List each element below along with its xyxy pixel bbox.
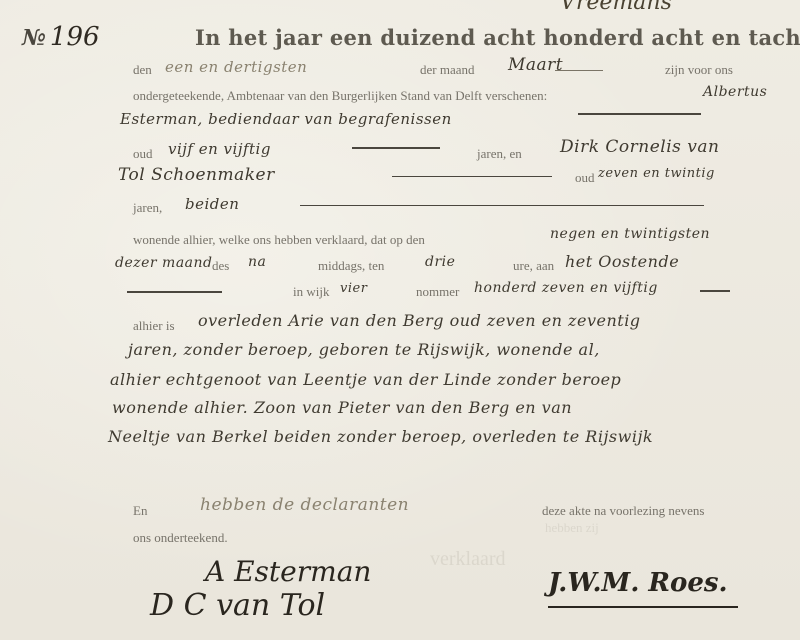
fill-line bbox=[352, 147, 440, 149]
hand-month: Maart bbox=[508, 55, 563, 75]
hand-age-1: vijf en vijftig bbox=[168, 140, 271, 158]
label-middags-ten: middags, ten bbox=[318, 258, 384, 274]
hand-line-13: wonende alhier. Zoon van Pieter van den … bbox=[112, 398, 572, 417]
document-page: Vreemans №196 In het jaar een duizend ac… bbox=[0, 0, 800, 640]
signature-declarant-2: D C van Tol bbox=[150, 588, 325, 623]
hand-age-2: zeven en twintig bbox=[598, 166, 715, 181]
printed-line-2: ondergeteekende, Ambtenaar van den Burge… bbox=[133, 88, 547, 104]
label-des: des bbox=[212, 258, 229, 274]
hand-name-2: Dirk Cornelis van bbox=[560, 137, 719, 157]
label-in-wijk: in wijk bbox=[293, 284, 329, 300]
record-heading: In het jaar een duizend acht honderd ach… bbox=[195, 25, 800, 50]
label-nommer: nommer bbox=[416, 284, 459, 300]
hand-line-14: Neeltje van Berkel beiden zonder beroep,… bbox=[108, 427, 653, 446]
bleed-through-text: verklaard bbox=[430, 548, 506, 571]
label-oud: oud bbox=[133, 146, 153, 162]
hand-location: het Oostende bbox=[565, 252, 679, 271]
signature-declarant-1: A Esterman bbox=[205, 555, 371, 588]
fill-line bbox=[392, 176, 552, 177]
fill-line bbox=[700, 290, 730, 292]
hand-line-12: alhier echtgenoot van Leentje van der Li… bbox=[110, 370, 621, 389]
hand-death-day: negen en twintigsten bbox=[550, 226, 710, 242]
number-value: 196 bbox=[50, 22, 100, 52]
label-oud-2: oud bbox=[575, 170, 595, 186]
label-alhier-is: alhier is bbox=[133, 318, 175, 334]
label-der-maand: der maand bbox=[420, 62, 475, 78]
margin-name: Vreemans bbox=[560, 0, 672, 15]
hand-line-3: Esterman, bediendaar van begrafenissen bbox=[120, 110, 452, 128]
fill-line bbox=[127, 291, 222, 293]
label-jaren: jaren, bbox=[133, 200, 162, 216]
hand-wijk-value: vier bbox=[340, 281, 367, 296]
hand-na: na bbox=[248, 254, 266, 270]
label-den: den bbox=[133, 62, 152, 78]
hand-beiden: beiden bbox=[185, 195, 239, 213]
hand-firstname: Albertus bbox=[703, 84, 767, 100]
hand-deceased: overleden Arie van den Berg oud zeven en… bbox=[198, 311, 641, 330]
hand-dezer-maand: dezer maand bbox=[115, 255, 213, 271]
label-ure-aan: ure, aan bbox=[513, 258, 554, 274]
label-jaren-en: jaren, en bbox=[477, 146, 522, 162]
hand-day: een en dertigsten bbox=[165, 58, 307, 76]
hand-line-11: jaren, zonder beroep, geboren te Rijswij… bbox=[128, 340, 600, 359]
hand-hour: drie bbox=[425, 254, 455, 270]
fill-line bbox=[300, 205, 704, 206]
label-en: En bbox=[133, 503, 147, 519]
printed-line-16: ons onderteekend. bbox=[133, 530, 228, 546]
bleed-through-text: hebben zij bbox=[545, 520, 599, 536]
signature-official: J.W.M. Roes. bbox=[548, 568, 728, 598]
record-number: №196 bbox=[22, 22, 100, 52]
hand-declarants: hebben de declaranten bbox=[200, 495, 409, 515]
hand-line-5: Tol Schoenmaker bbox=[118, 165, 275, 185]
label-zijn-voor-ons: zijn voor ons bbox=[665, 62, 733, 78]
signature-underline bbox=[548, 606, 738, 608]
number-label: № bbox=[22, 25, 46, 51]
printed-line-7: wonende alhier, welke ons hebben verklaa… bbox=[133, 232, 425, 248]
fill-line bbox=[578, 113, 701, 115]
hand-nommer-value: honderd zeven en vijftig bbox=[474, 280, 658, 296]
printed-line-15: deze akte na voorlezing nevens bbox=[542, 503, 704, 519]
fill-line bbox=[555, 70, 603, 71]
